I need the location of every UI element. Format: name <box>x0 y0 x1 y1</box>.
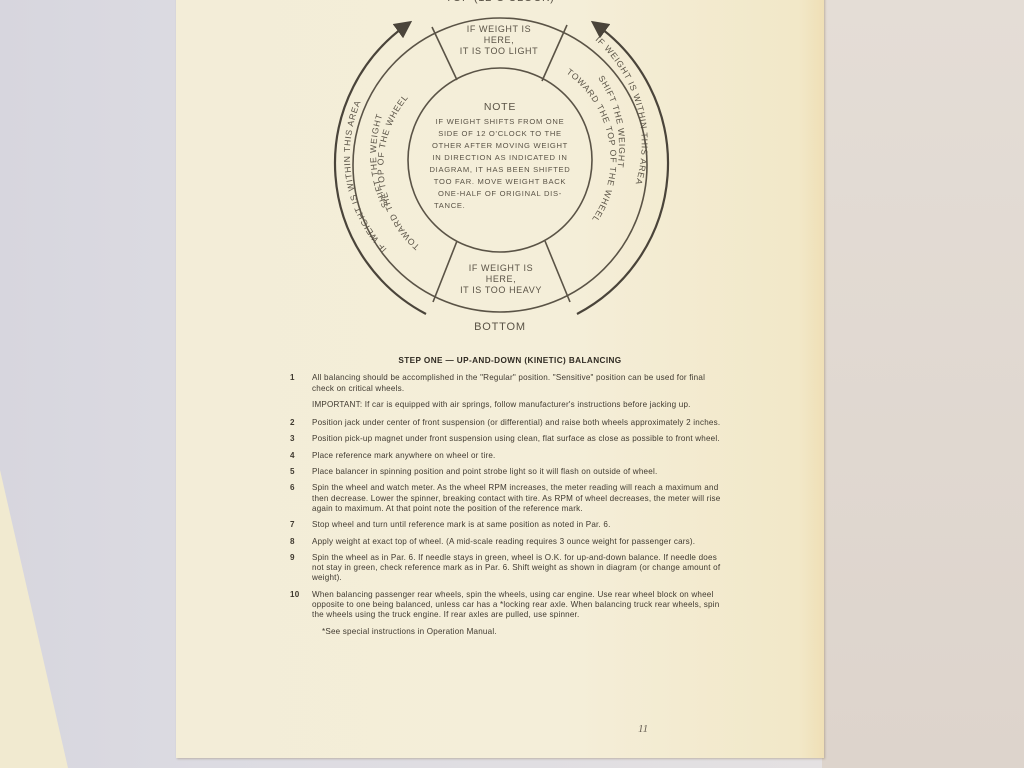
instruction-item-5: 5 Place balancer in spinning position an… <box>290 467 722 477</box>
svg-text:TANCE.: TANCE. <box>434 201 465 210</box>
instruction-item-9: 9 Spin the wheel as in Par. 6. If needle… <box>290 553 722 584</box>
instruction-item-3: 3 Position pick-up magnet under front su… <box>290 434 722 444</box>
note-title: NOTE <box>484 101 516 113</box>
adjacent-sheet <box>0 0 70 768</box>
instruction-item-1: 1 All balancing should be accomplished i… <box>290 373 722 394</box>
right-area-text: IF WEIGHT IS WITHIN THIS AREA SHIFT THE … <box>565 34 650 224</box>
step-title: STEP ONE — UP-AND-DOWN (KINETIC) BALANCI… <box>298 356 722 366</box>
top-label: TOP (12 O'CLOCK) <box>445 0 554 4</box>
document-page: TOP (12 O'CLOCK) BOTTOM IF WEIGHT IS HER… <box>176 0 824 758</box>
top-segment-left-divider <box>432 27 457 80</box>
svg-text:TOO FAR. MOVE WEIGHT BACK: TOO FAR. MOVE WEIGHT BACK <box>434 177 566 186</box>
bottom-label: BOTTOM <box>474 321 526 333</box>
note-block: NOTE IF WEIGHT SHIFTS FROM ONE SIDE OF 1… <box>430 101 571 210</box>
instructions-section: STEP ONE — UP-AND-DOWN (KINETIC) BALANCI… <box>290 356 722 637</box>
wheel-balance-diagram: TOP (12 O'CLOCK) BOTTOM IF WEIGHT IS HER… <box>176 0 824 341</box>
instruction-item-6: 6 Spin the wheel and watch meter. As the… <box>290 483 722 514</box>
top-segment-text: IF WEIGHT IS HERE, IT IS TOO LIGHT <box>460 24 539 56</box>
important-note: IMPORTANT: If car is equipped with air s… <box>312 400 722 410</box>
svg-text:HERE,: HERE, <box>486 274 517 284</box>
svg-text:IF WEIGHT IS: IF WEIGHT IS <box>467 24 532 34</box>
svg-text:IN DIRECTION AS INDICATED IN: IN DIRECTION AS INDICATED IN <box>432 153 567 162</box>
svg-text:DIAGRAM, IT HAS BEEN SHIFTED: DIAGRAM, IT HAS BEEN SHIFTED <box>430 165 571 174</box>
svg-text:HERE,: HERE, <box>484 35 515 45</box>
svg-text:IF WEIGHT SHIFTS FROM ONE: IF WEIGHT SHIFTS FROM ONE <box>436 117 565 126</box>
top-segment-right-divider <box>542 25 567 81</box>
instruction-item-8: 8 Apply weight at exact top of wheel. (A… <box>290 537 722 547</box>
svg-text:IT IS TOO HEAVY: IT IS TOO HEAVY <box>460 285 542 295</box>
svg-text:OTHER AFTER MOVING WEIGHT: OTHER AFTER MOVING WEIGHT <box>432 141 568 150</box>
svg-text:ONE-HALF OF ORIGINAL DIS-: ONE-HALF OF ORIGINAL DIS- <box>438 189 562 198</box>
instruction-item-4: 4 Place reference mark anywhere on wheel… <box>290 451 722 461</box>
bottom-segment-left-divider <box>433 241 457 302</box>
background-surface <box>822 0 1024 768</box>
bottom-segment-right-divider <box>545 241 570 302</box>
svg-text:SIDE OF 12 O'CLOCK TO THE: SIDE OF 12 O'CLOCK TO THE <box>438 129 562 138</box>
svg-text:IF WEIGHT IS: IF WEIGHT IS <box>469 263 534 273</box>
instruction-item-7: 7 Stop wheel and turn until reference ma… <box>290 520 722 530</box>
bottom-segment-text: IF WEIGHT IS HERE, IT IS TOO HEAVY <box>460 263 542 295</box>
svg-text:IT IS TOO LIGHT: IT IS TOO LIGHT <box>460 46 539 56</box>
footnote: *See special instructions in Operation M… <box>322 627 722 637</box>
instruction-item-10: 10 When balancing passenger rear wheels,… <box>290 590 722 621</box>
instruction-item-2: 2 Position jack under center of front su… <box>290 418 722 428</box>
page-number: 11 <box>638 723 648 735</box>
